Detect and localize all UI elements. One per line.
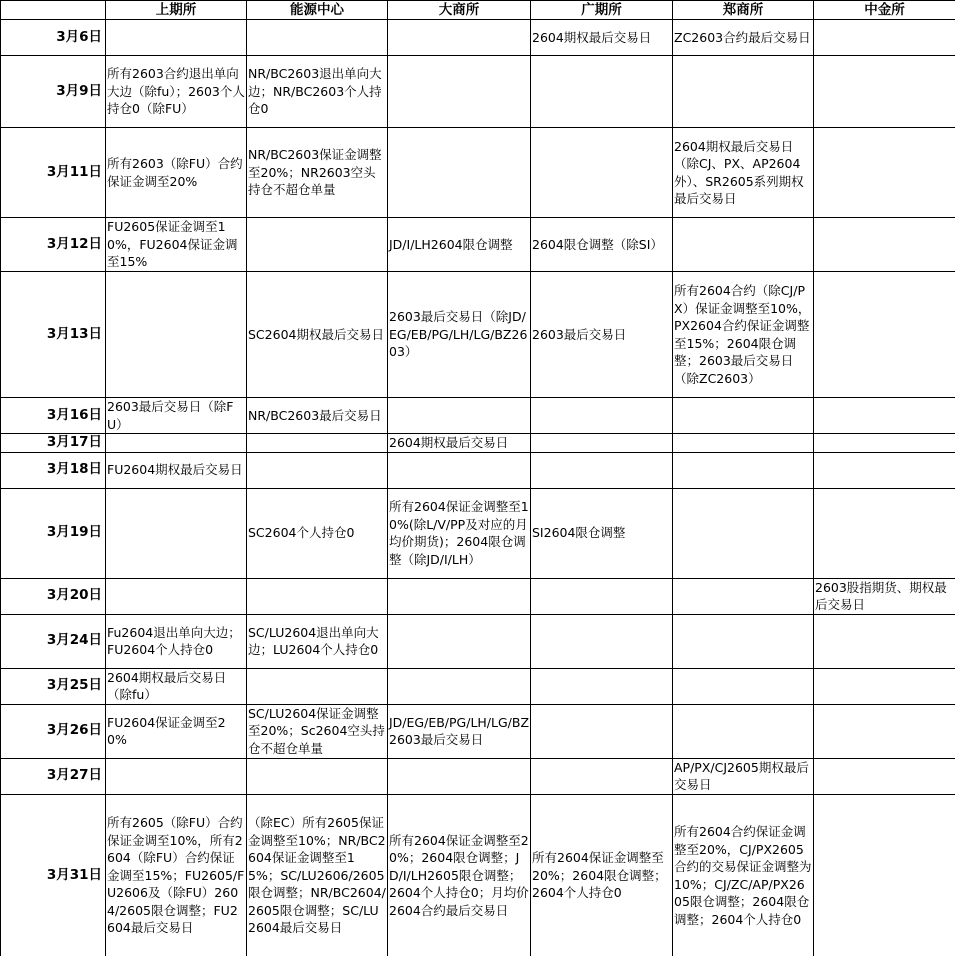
cell-dce (388, 56, 531, 128)
cell-cffex (814, 668, 955, 704)
cell-cffex (814, 398, 955, 434)
cell-dce: 所有2604保证金调整至10%(除L/V/PP及对应的月均价期货)；2604限仓… (388, 488, 531, 578)
table-row: 3月26日FU2604保证金调至20%SC/LU2604保证金调整至20%；Sc… (1, 704, 955, 758)
cell-ine: NR/BC2603退出单向大边；NR/BC2603个人持仓0 (247, 56, 388, 128)
cell-dce (388, 20, 531, 56)
cell-ine: SC2604个人持仓0 (247, 488, 388, 578)
cell-ine: NR/BC2603最后交易日 (247, 398, 388, 434)
cell-shfe: 2604期权最后交易日（除fu） (106, 668, 247, 704)
cell-gfex: 2604限仓调整（除SI） (531, 218, 673, 272)
table-row: 3月20日2603股指期货、期权最后交易日 (1, 578, 955, 614)
table-row: 3月18日FU2604期权最后交易日 (1, 452, 955, 488)
table-row: 3月27日AP/PX/CJ2605期权最后交易日 (1, 758, 955, 794)
cell-cffex (814, 704, 955, 758)
cell-gfex: SI2604限仓调整 (531, 488, 673, 578)
cell-czce (673, 488, 814, 578)
cell-cffex (814, 272, 955, 398)
cell-cffex: 2603股指期货、期权最后交易日 (814, 578, 955, 614)
cell-ine: （除EC）所有2605保证金调整至10%；NR/BC2604保证金调整至15%；… (247, 794, 388, 956)
cell-dce (388, 398, 531, 434)
header-corner (1, 1, 106, 20)
cell-czce: AP/PX/CJ2605期权最后交易日 (673, 758, 814, 794)
table-row: 3月31日所有2605（除FU）合约保证金调至10%，所有2604（除FU）合约… (1, 794, 955, 956)
cell-shfe: 所有2603（除FU）合约保证金调至20% (106, 128, 247, 218)
table-row: 3月19日SC2604个人持仓0所有2604保证金调整至10%(除L/V/PP及… (1, 488, 955, 578)
cell-dce (388, 614, 531, 668)
cell-czce (673, 398, 814, 434)
cell-cffex (814, 794, 955, 956)
cell-cffex (814, 614, 955, 668)
cell-shfe (106, 578, 247, 614)
cell-czce (673, 452, 814, 488)
row-date: 3月27日 (1, 758, 106, 794)
cell-czce (673, 668, 814, 704)
cell-cffex (814, 434, 955, 453)
table-row: 3月11日所有2603（除FU）合约保证金调至20%NR/BC2603保证金调整… (1, 128, 955, 218)
cell-gfex (531, 668, 673, 704)
table-row: 3月6日2604期权最后交易日ZC2603合约最后交易日 (1, 20, 955, 56)
cell-shfe (106, 434, 247, 453)
cell-shfe (106, 20, 247, 56)
cell-czce: ZC2603合约最后交易日 (673, 20, 814, 56)
row-date: 3月17日 (1, 434, 106, 453)
row-date: 3月25日 (1, 668, 106, 704)
row-date: 3月13日 (1, 272, 106, 398)
cell-cffex (814, 452, 955, 488)
cell-czce (673, 434, 814, 453)
table-row: 3月17日2604期权最后交易日 (1, 434, 955, 453)
cell-dce (388, 668, 531, 704)
cell-ine (247, 218, 388, 272)
cell-ine: NR/BC2603保证金调整至20%；NR2603空头持仓不超仓单量 (247, 128, 388, 218)
cell-shfe: FU2604保证金调至20% (106, 704, 247, 758)
cell-czce: 所有2604合约（除CJ/PX）保证金调整至10%，PX2604合约保证金调整至… (673, 272, 814, 398)
row-date: 3月19日 (1, 488, 106, 578)
header-czce: 郑商所 (673, 1, 814, 20)
cell-ine: SC2604期权最后交易日 (247, 272, 388, 398)
cell-gfex (531, 398, 673, 434)
cell-czce (673, 614, 814, 668)
row-date: 3月18日 (1, 452, 106, 488)
cell-dce: 2604期权最后交易日 (388, 434, 531, 453)
cell-cffex (814, 218, 955, 272)
cell-shfe (106, 758, 247, 794)
cell-gfex: 2604期权最后交易日 (531, 20, 673, 56)
header-shfe: 上期所 (106, 1, 247, 20)
cell-gfex (531, 614, 673, 668)
row-date: 3月20日 (1, 578, 106, 614)
cell-ine: SC/LU2604退出单向大边；LU2604个人持仓0 (247, 614, 388, 668)
header-row: 上期所 能源中心 大商所 广期所 郑商所 中金所 (1, 1, 955, 20)
cell-ine: SC/LU2604保证金调整至20%；Sc2604空头持仓不超仓单量 (247, 704, 388, 758)
cell-shfe (106, 488, 247, 578)
cell-gfex (531, 578, 673, 614)
cell-ine (247, 452, 388, 488)
cell-ine (247, 668, 388, 704)
cell-czce: 2604期权最后交易日（除CJ、PX、AP2604外）、SR2605系列期权最后… (673, 128, 814, 218)
cell-gfex (531, 56, 673, 128)
table-row: 3月16日2603最后交易日（除FU）NR/BC2603最后交易日 (1, 398, 955, 434)
cell-dce (388, 758, 531, 794)
row-date: 3月24日 (1, 614, 106, 668)
cell-cffex (814, 758, 955, 794)
row-date: 3月26日 (1, 704, 106, 758)
cell-cffex (814, 56, 955, 128)
cell-shfe (106, 272, 247, 398)
cell-cffex (814, 128, 955, 218)
cell-dce: 所有2604保证金调整至20%；2604限仓调整；JD/I/LH2605限仓调整… (388, 794, 531, 956)
header-dce: 大商所 (388, 1, 531, 20)
cell-gfex (531, 758, 673, 794)
cell-gfex (531, 704, 673, 758)
cell-dce (388, 578, 531, 614)
cell-shfe: 所有2605（除FU）合约保证金调至10%，所有2604（除FU）合约保证金调至… (106, 794, 247, 956)
cell-dce (388, 128, 531, 218)
cell-dce: JD/I/LH2604限仓调整 (388, 218, 531, 272)
header-gfex: 广期所 (531, 1, 673, 20)
cell-shfe: FU2605保证金调至10%，FU2604保证金调至15% (106, 218, 247, 272)
cell-shfe: FU2604期权最后交易日 (106, 452, 247, 488)
table-row: 3月12日FU2605保证金调至10%，FU2604保证金调至15%JD/I/L… (1, 218, 955, 272)
cell-cffex (814, 20, 955, 56)
cell-ine (247, 578, 388, 614)
cell-ine (247, 758, 388, 794)
cell-czce (673, 218, 814, 272)
cell-czce (673, 56, 814, 128)
cell-shfe: 所有2603合约退出单向大边（除fu）；2603个人持仓0（除FU） (106, 56, 247, 128)
cell-ine (247, 20, 388, 56)
table-row: 3月9日所有2603合约退出单向大边（除fu）；2603个人持仓0（除FU）NR… (1, 56, 955, 128)
header-cffex: 中金所 (814, 1, 955, 20)
cell-cffex (814, 488, 955, 578)
cell-dce: 2603最后交易日（除JD/EG/EB/PG/LH/LG/BZ2603） (388, 272, 531, 398)
row-date: 3月31日 (1, 794, 106, 956)
exchange-schedule-table: 上期所 能源中心 大商所 广期所 郑商所 中金所 3月6日2604期权最后交易日… (0, 0, 955, 956)
cell-dce: JD/EG/EB/PG/LH/LG/BZ2603最后交易日 (388, 704, 531, 758)
row-date: 3月16日 (1, 398, 106, 434)
cell-ine (247, 434, 388, 453)
cell-shfe: Fu2604退出单向大边；FU2604个人持仓0 (106, 614, 247, 668)
row-date: 3月6日 (1, 20, 106, 56)
row-date: 3月11日 (1, 128, 106, 218)
cell-gfex (531, 452, 673, 488)
cell-dce (388, 452, 531, 488)
table-row: 3月24日Fu2604退出单向大边；FU2604个人持仓0SC/LU2604退出… (1, 614, 955, 668)
cell-shfe: 2603最后交易日（除FU） (106, 398, 247, 434)
row-date: 3月9日 (1, 56, 106, 128)
cell-gfex (531, 128, 673, 218)
cell-czce: 所有2604合约保证金调整至20%，CJ/PX2605合约的交易保证金调整为10… (673, 794, 814, 956)
table-row: 3月13日SC2604期权最后交易日2603最后交易日（除JD/EG/EB/PG… (1, 272, 955, 398)
table-row: 3月25日2604期权最后交易日（除fu） (1, 668, 955, 704)
row-date: 3月12日 (1, 218, 106, 272)
header-ine: 能源中心 (247, 1, 388, 20)
cell-gfex (531, 434, 673, 453)
cell-gfex: 所有2604保证金调整至20%；2604限仓调整；2604个人持仓0 (531, 794, 673, 956)
cell-czce (673, 578, 814, 614)
cell-czce (673, 704, 814, 758)
cell-gfex: 2603最后交易日 (531, 272, 673, 398)
